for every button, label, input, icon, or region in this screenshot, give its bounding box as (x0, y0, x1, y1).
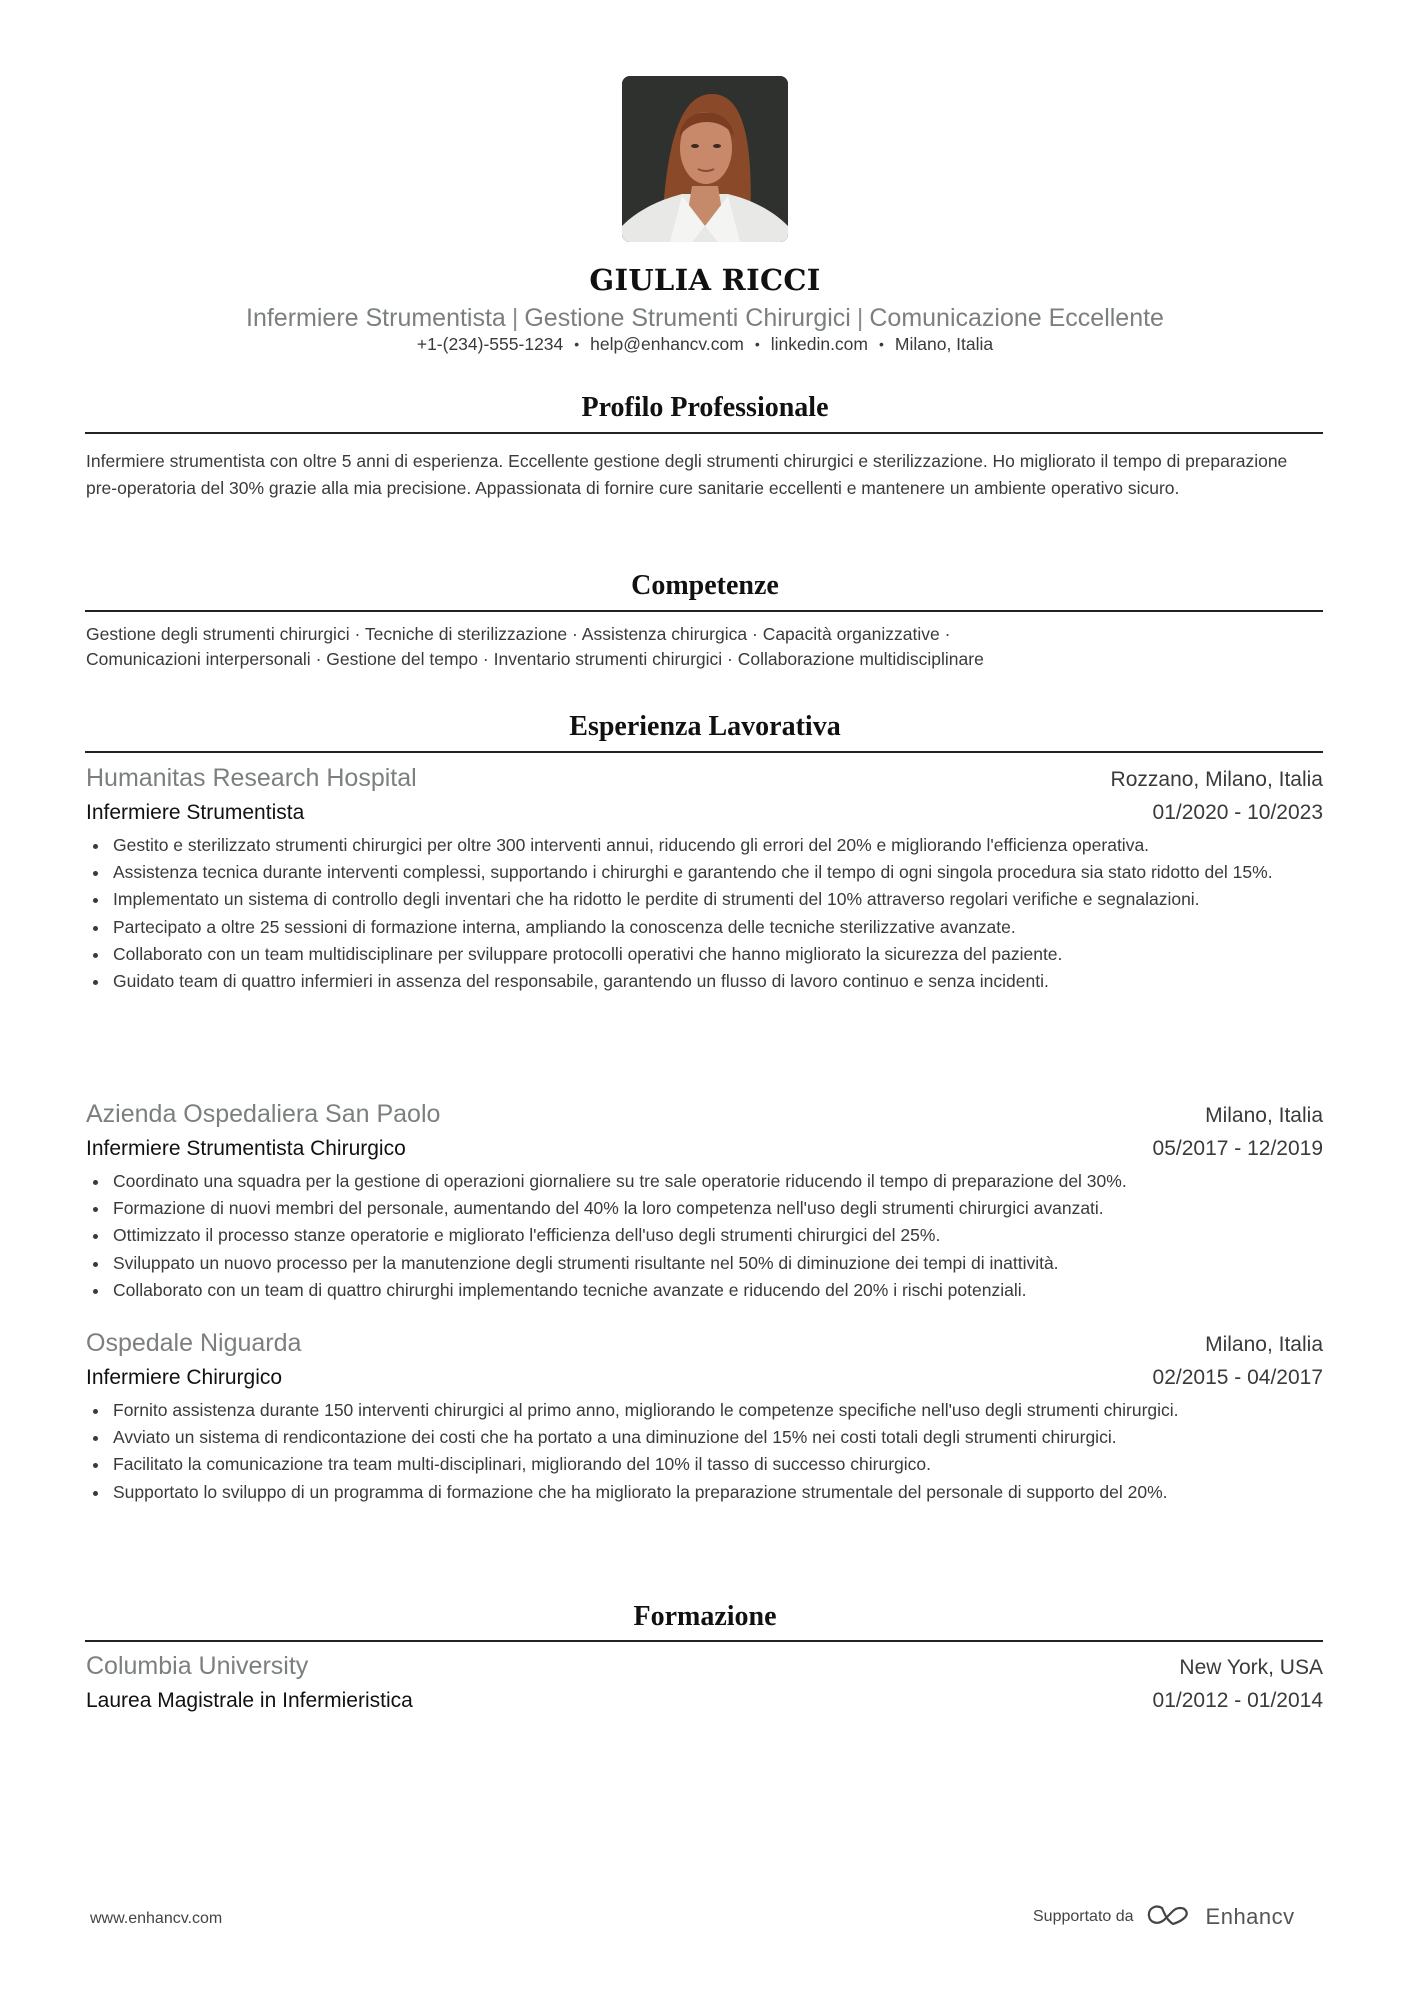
skill-separator: · (311, 649, 327, 669)
enhancv-logo-icon (1146, 1903, 1192, 1932)
job-title: Infermiere Strumentista Chirurgico (86, 1132, 406, 1166)
education-entry: Columbia University New York, USA Laurea… (86, 1650, 1323, 1718)
job-achievements: Coordinato una squadra per la gestione d… (86, 1168, 1323, 1304)
skill-item: Collaborazione multidisciplinare (738, 649, 984, 669)
job-entry: Ospedale Niguarda Milano, Italia Infermi… (86, 1327, 1323, 1506)
section-divider (85, 610, 1323, 612)
achievement-item: Collaborato con un team multidisciplinar… (86, 941, 1323, 968)
school-location: New York, USA (1179, 1651, 1323, 1684)
section-title-skills: Competenze (0, 569, 1410, 603)
achievement-item: Assistenza tecnica durante interventi co… (86, 859, 1323, 886)
company-name: Ospedale Niguarda (86, 1327, 301, 1360)
job-location: Milano, Italia (1205, 1099, 1323, 1132)
job-title: Infermiere Strumentista (86, 796, 304, 830)
brand-name: Enhancv (1206, 1904, 1295, 1930)
profile-photo (622, 76, 788, 242)
section-title-education: Formazione (0, 1600, 1410, 1634)
skill-separator: · (567, 624, 582, 644)
skill-item: Gestione del tempo (326, 649, 478, 669)
bullet-separator: • (868, 336, 895, 352)
achievement-item: Implementato un sistema di controllo deg… (86, 886, 1323, 913)
job-entry: Humanitas Research Hospital Rozzano, Mil… (86, 762, 1323, 995)
headline-separator: | (506, 304, 525, 332)
bullet-separator: • (563, 336, 590, 352)
achievement-item: Supportato lo sviluppo di un programma d… (86, 1479, 1323, 1506)
achievement-item: Facilitato la comunicazione tra team mul… (86, 1451, 1323, 1478)
achievement-item: Formazione di nuovi membri del personale… (86, 1195, 1323, 1222)
section-divider (85, 432, 1323, 434)
degree: Laurea Magistrale in Infermieristica (86, 1684, 413, 1718)
skill-item: Inventario strumenti chirurgici (494, 649, 723, 669)
skill-separator: · (350, 624, 365, 644)
headline: Infermiere Strumentista|Gestione Strumen… (0, 302, 1410, 334)
email-link[interactable]: help@enhancv.com (590, 334, 744, 354)
section-title-summary: Profilo Professionale (0, 391, 1410, 425)
job-achievements: Gestito e sterilizzato strumenti chirurg… (86, 832, 1323, 995)
achievement-item: Fornito assistenza durante 150 intervent… (86, 1397, 1323, 1424)
job-dates: 05/2017 - 12/2019 (1153, 1132, 1323, 1166)
skill-item: Comunicazioni interpersonali (86, 649, 311, 669)
skill-separator: · (722, 649, 738, 669)
company-name: Humanitas Research Hospital (86, 762, 417, 795)
summary-text: Infermiere strumentista con oltre 5 anni… (86, 448, 1323, 501)
headline-item: Comunicazione Eccellente (869, 304, 1164, 332)
achievement-item: Avviato un sistema di rendicontazione de… (86, 1424, 1323, 1451)
skill-item: Gestione degli strumenti chirurgici (86, 624, 350, 644)
skill-item: Tecniche di sterilizzazione (365, 624, 567, 644)
achievement-item: Partecipato a oltre 25 sessioni di forma… (86, 914, 1323, 941)
bullet-separator: • (744, 336, 771, 352)
contact-info: +1-(234)-555-1234•help@enhancv.com•linke… (0, 332, 1410, 356)
powered-by[interactable]: Supportato da Enhancv (1033, 1903, 1295, 1931)
skill-separator: · (478, 649, 494, 669)
job-dates: 02/2015 - 04/2017 (1153, 1361, 1323, 1395)
section-divider (85, 751, 1323, 753)
job-entry: Azienda Ospedaliera San Paolo Milano, It… (86, 1098, 1323, 1304)
achievement-item: Sviluppato un nuovo processo per la manu… (86, 1250, 1323, 1277)
achievement-item: Gestito e sterilizzato strumenti chirurg… (86, 832, 1323, 859)
headline-separator: | (851, 304, 870, 332)
achievement-item: Collaborato con un team di quattro chiru… (86, 1277, 1323, 1304)
skill-item: Capacità organizzative (763, 624, 940, 644)
achievement-item: Coordinato una squadra per la gestione d… (86, 1168, 1323, 1195)
skill-separator: · (940, 624, 951, 644)
headline-item: Gestione Strumenti Chirurgici (524, 304, 851, 332)
job-dates: 01/2020 - 10/2023 (1153, 796, 1323, 830)
section-divider (85, 1640, 1323, 1642)
candidate-name: GIULIA RICCI (0, 262, 1410, 298)
skill-separator: · (747, 624, 763, 644)
portrait-image (622, 76, 788, 242)
education-dates: 01/2012 - 01/2014 (1153, 1684, 1323, 1718)
job-location: Rozzano, Milano, Italia (1111, 763, 1323, 796)
job-title: Infermiere Chirurgico (86, 1361, 282, 1395)
section-title-experience: Esperienza Lavorativa (0, 710, 1410, 744)
location: Milano, Italia (895, 334, 993, 354)
phone-number: +1-(234)-555-1234 (417, 334, 563, 354)
achievement-item: Guidato team di quattro infermieri in as… (86, 968, 1323, 995)
linkedin-link[interactable]: linkedin.com (771, 334, 868, 354)
company-name: Azienda Ospedaliera San Paolo (86, 1098, 440, 1131)
skill-item: Assistenza chirurgica (582, 624, 747, 644)
achievement-item: Ottimizzato il processo stanze operatori… (86, 1222, 1323, 1249)
job-location: Milano, Italia (1205, 1328, 1323, 1361)
powered-by-label: Supportato da (1033, 1908, 1134, 1926)
website-link[interactable]: www.enhancv.com (90, 1908, 222, 1930)
job-achievements: Fornito assistenza durante 150 intervent… (86, 1397, 1323, 1506)
school-name: Columbia University (86, 1650, 308, 1683)
skills-list: Gestione degli strumenti chirurgici · Te… (86, 622, 1323, 672)
headline-item: Infermiere Strumentista (246, 304, 506, 332)
